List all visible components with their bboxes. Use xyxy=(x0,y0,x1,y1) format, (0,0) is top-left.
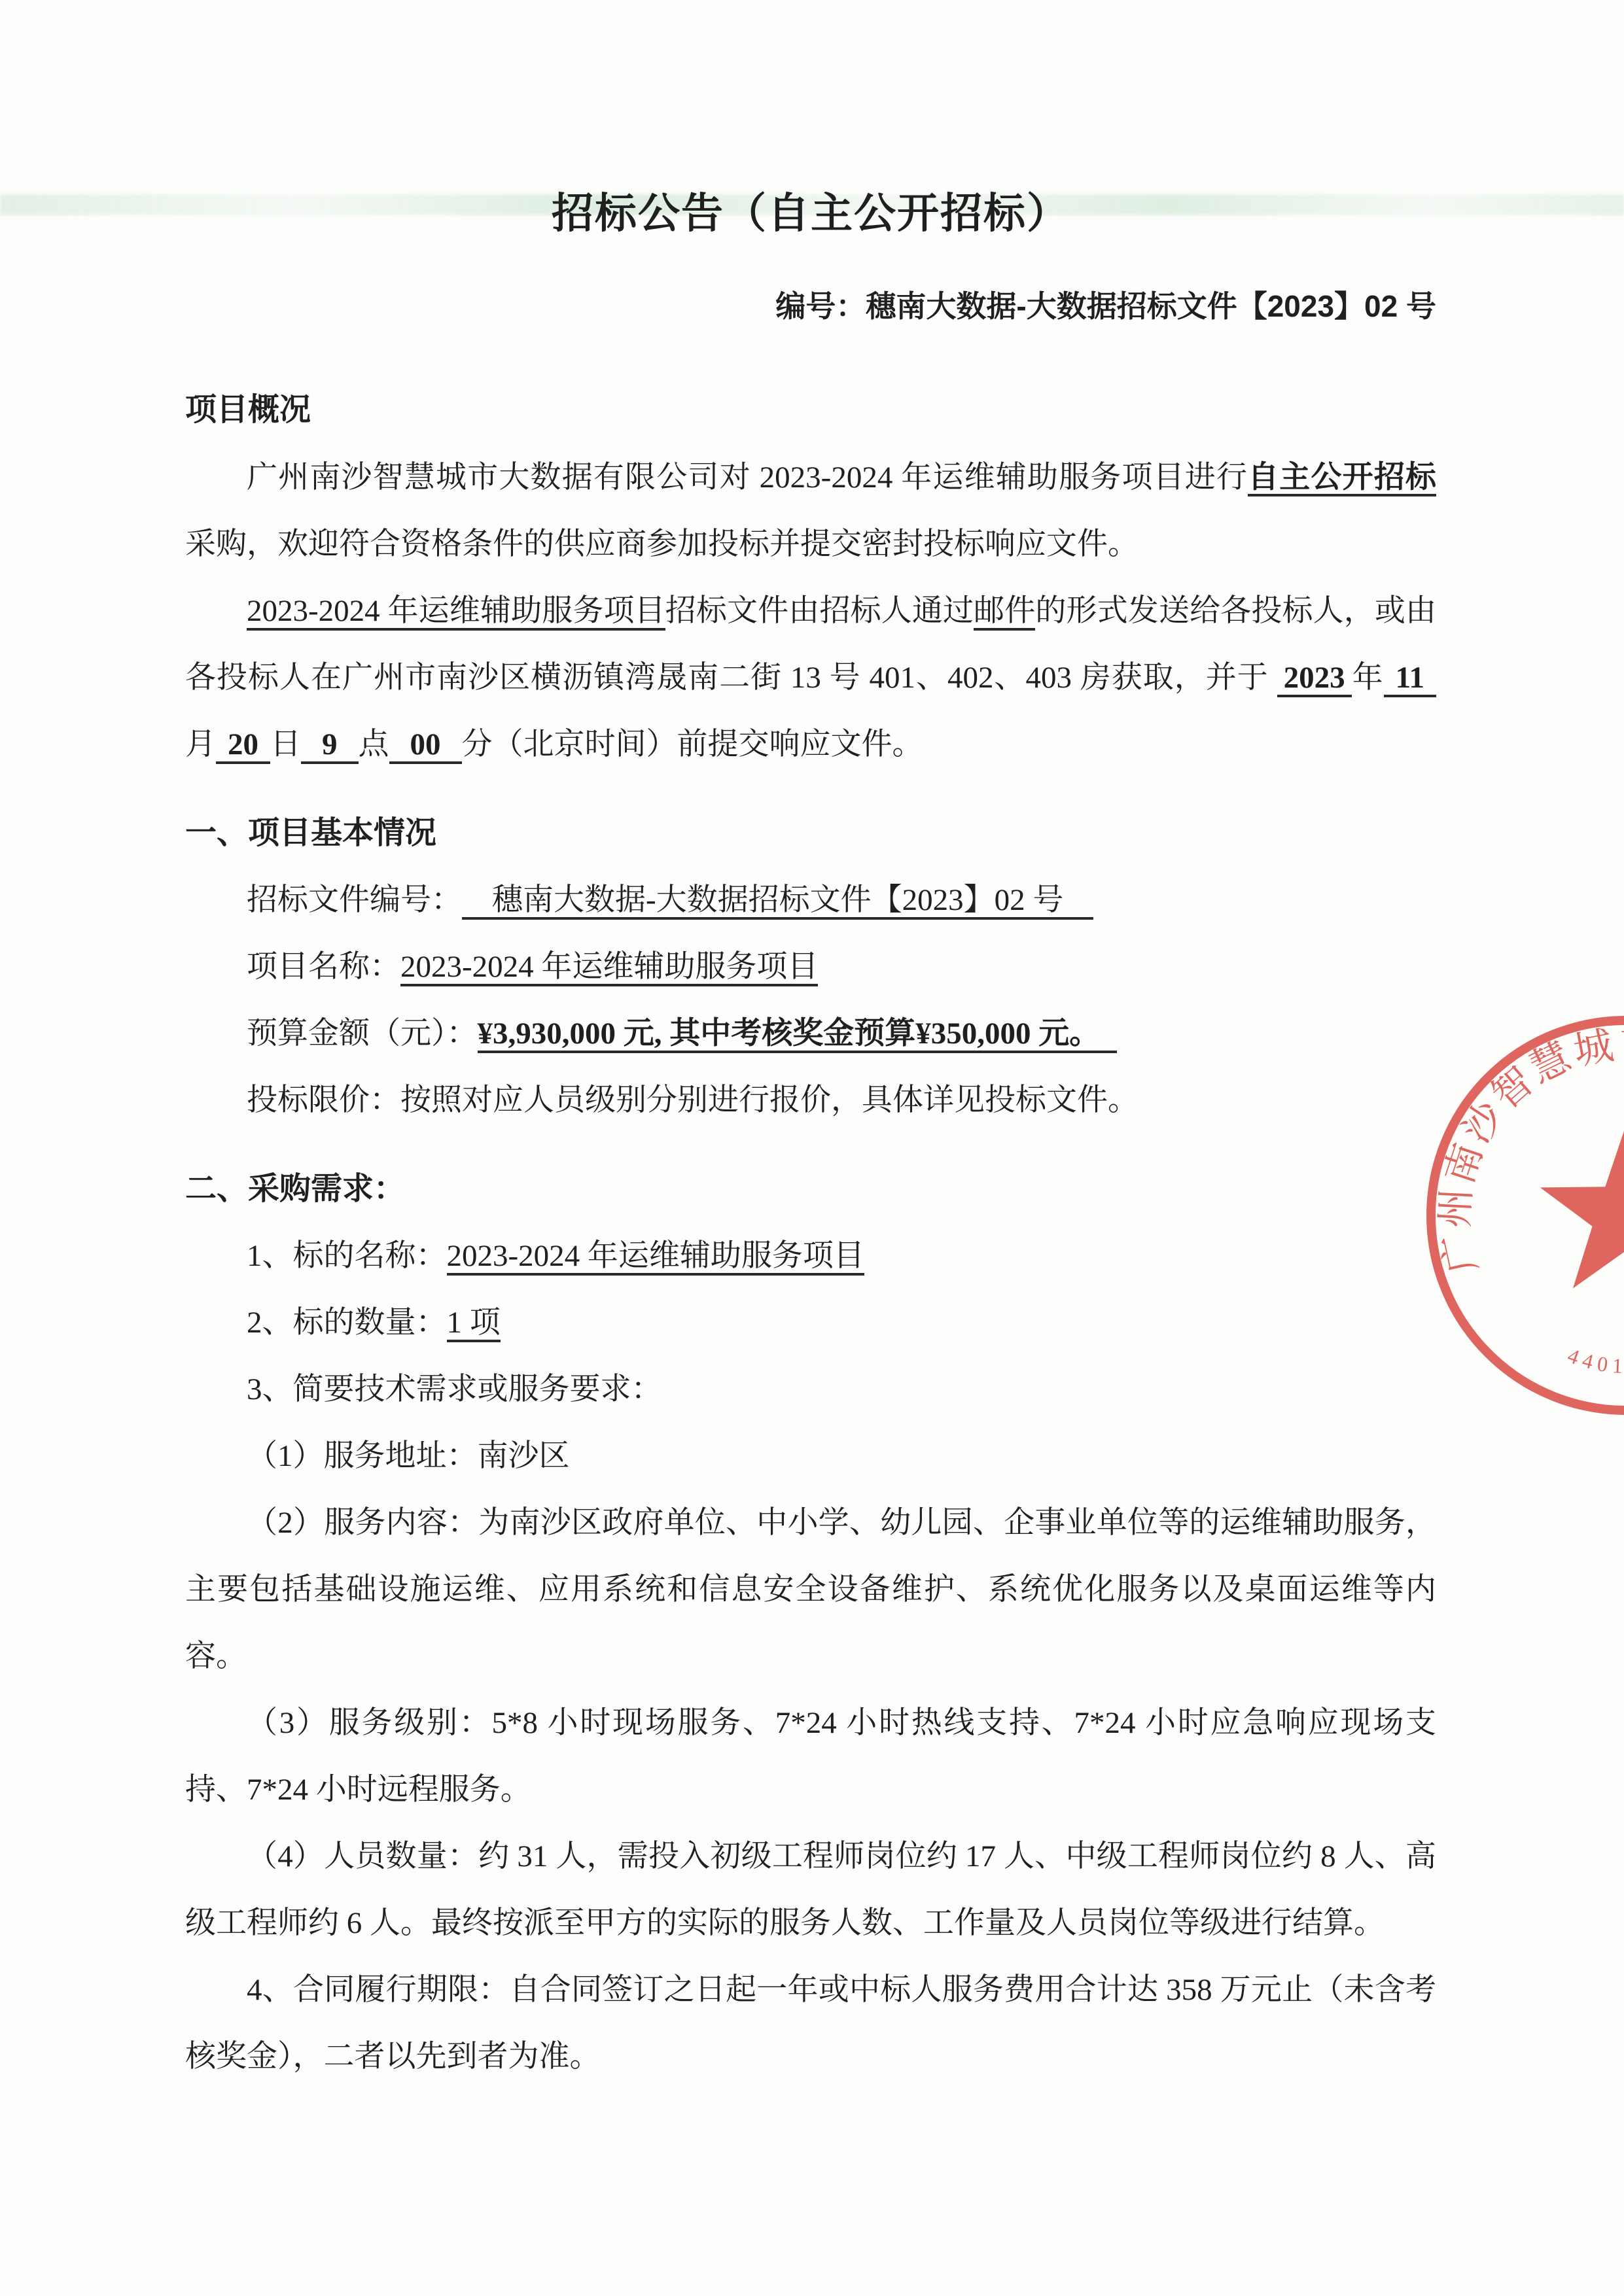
seal-serial-number: 4401 xyxy=(1564,1344,1624,1378)
field-value: 按照对应人员级别分别进行报价，具体详见投标文件。 xyxy=(400,1083,1139,1117)
seal-star-icon xyxy=(1540,1125,1624,1289)
document-number: 编号：穗南大数据-大数据招标文件【2023】02 号 xyxy=(185,275,1436,338)
text-run: 点 xyxy=(359,727,389,761)
deadline-year: 2023 xyxy=(1277,661,1352,697)
field-label: 项目名称： xyxy=(247,950,400,984)
budget-row: 预算金额（元）：¥3,930,000 元, 其中考核奖金预算¥350,000 元… xyxy=(185,1000,1436,1067)
tech-requirements-row: 3、简要技术需求或服务要求： xyxy=(185,1356,1436,1423)
field-label: 2、标的数量： xyxy=(247,1306,447,1340)
company-seal-stamp: 广州南沙智慧城市大数据有限公司 4401 xyxy=(1415,1005,1624,1427)
staff-quantity-row: （4）人员数量：约 31 人，需投入初级工程师岗位约 17 人、中级工程师岗位约… xyxy=(185,1823,1436,1957)
contract-term-row: 4、合同履行期限：自合同签订之日起一年或中标人服务费用合计达 358 万元止（未… xyxy=(185,1957,1436,2090)
overview-paragraph-1: 广州南沙智慧城市大数据有限公司对 2023-2024 年运维辅助服务项目进行自主… xyxy=(185,444,1436,578)
bid-limit-row: 投标限价：按照对应人员级别分别进行报价，具体详见投标文件。 xyxy=(185,1067,1436,1134)
subject-name-row: 1、标的名称：2023-2024 年运维辅助服务项目 xyxy=(185,1223,1436,1289)
text-run: 招标文件由招标人通过 xyxy=(665,594,974,628)
text-run: 年 xyxy=(1352,661,1384,695)
field-label: 投标限价： xyxy=(247,1083,400,1117)
subject-quantity-row: 2、标的数量：1 项 xyxy=(185,1289,1436,1356)
field-value-underline: 穗南大数据-大数据招标文件【2023】02 号 xyxy=(462,883,1093,920)
service-level-row: （3）服务级别：5*8 小时现场服务、7*24 小时热线支持、7*24 小时应急… xyxy=(185,1690,1436,1823)
tender-announcement-page: 招标公告（自主公开招标） 编号：穗南大数据-大数据招标文件【2023】02 号 … xyxy=(0,0,1624,2296)
section1-heading: 一、项目基本情况 xyxy=(185,800,1436,867)
text-run: 日 xyxy=(270,727,301,761)
text-run: 采购，欢迎符合资格条件的供应商参加投标并提交密封投标响应文件。 xyxy=(185,527,1139,561)
overview-paragraph-2: 2023-2024 年运维辅助服务项目招标文件由招标人通过邮件的形式发送给各投标… xyxy=(185,578,1436,778)
field-label: 1、标的名称： xyxy=(247,1239,447,1273)
deadline-hour: 9 xyxy=(301,727,359,764)
field-label: 预算金额（元）： xyxy=(247,1017,478,1051)
text-run-underline: 邮件 xyxy=(974,594,1035,631)
service-address-row: （1）服务地址：南沙区 xyxy=(185,1423,1436,1489)
deadline-day: 20 xyxy=(216,727,270,764)
text-run: 月 xyxy=(185,727,216,761)
tender-doc-number-row: 招标文件编号：穗南大数据-大数据招标文件【2023】02 号 xyxy=(185,867,1436,933)
field-value-underline: 2023-2024 年运维辅助服务项目 xyxy=(400,950,818,986)
project-name-row: 项目名称：2023-2024 年运维辅助服务项目 xyxy=(185,933,1436,1000)
text-run: （北京时间）前提交响应文件。 xyxy=(493,727,923,761)
service-content-row: （2）服务内容：为南沙区政府单位、中小学、幼儿园、企事业单位等的运维辅助服务，主… xyxy=(185,1489,1436,1690)
deadline-month: 11 xyxy=(1384,661,1436,697)
text-run-underline: 2023-2024 年运维辅助服务项目 xyxy=(247,594,665,631)
field-label: 招标文件编号： xyxy=(247,883,462,917)
document-title: 招标公告（自主公开招标） xyxy=(185,182,1436,245)
deadline-minute: 00 xyxy=(389,727,462,764)
budget-value-underline: ¥3,930,000 元, 其中考核奖金预算¥350,000 元。 xyxy=(478,1017,1118,1053)
field-value-underline: 2023-2024 年运维辅助服务项目 xyxy=(447,1239,864,1276)
field-value-underline: 1 项 xyxy=(447,1306,501,1342)
section2-heading: 二、采购需求： xyxy=(185,1156,1436,1223)
text-run: 广州南沙智慧城市大数据有限公司对 2023-2024 年运维辅助服务项目进行 xyxy=(247,461,1248,495)
document-body: 招标公告（自主公开招标） 编号：穗南大数据-大数据招标文件【2023】02 号 … xyxy=(185,182,1436,2090)
text-run: 分 xyxy=(462,727,493,761)
text-run-bold-underline: 自主公开招标 xyxy=(1248,459,1436,496)
overview-heading: 项目概况 xyxy=(185,377,1436,444)
